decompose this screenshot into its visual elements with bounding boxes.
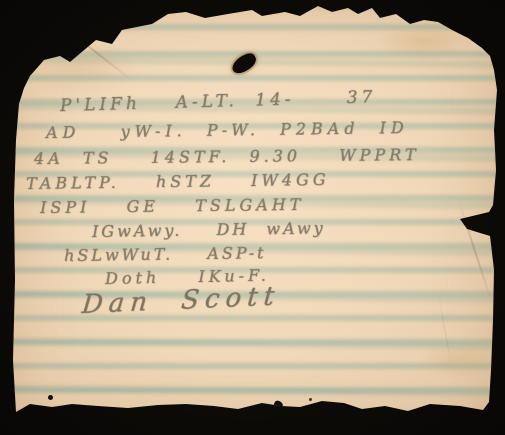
photo-background: P'LIFh A-LT. 14- 37 AD yW-I. P-W. P2BAd … — [0, 0, 505, 435]
handwritten-line-6: IGwAwy. DH wAwy — [92, 218, 326, 241]
handwritten-line-5: ISPI GE TSLGAHT — [40, 195, 305, 217]
handwritten-line-3: 4A TS 14STF. 9.30 WPPRT — [34, 145, 420, 168]
paper-speck — [309, 398, 312, 401]
handwritten-line-7: hSLwWuT. ASP-t — [64, 243, 267, 265]
paper-speck — [48, 395, 53, 400]
